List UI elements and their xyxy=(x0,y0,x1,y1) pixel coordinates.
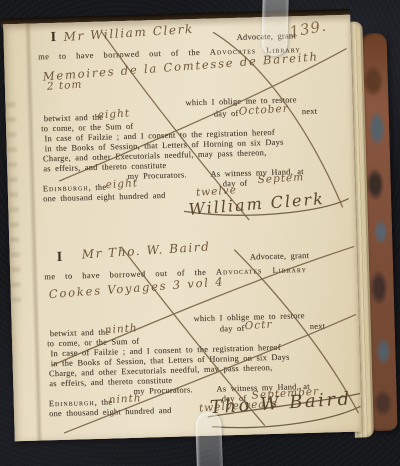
page-weight-strip-top xyxy=(261,0,289,56)
printed-betwixt: betwixt and the xyxy=(44,113,104,124)
printed-pronoun: I xyxy=(57,250,63,266)
signed-day-handwritten: eight xyxy=(105,177,138,191)
printed-library-name: Advocates Library xyxy=(216,265,307,277)
printed-day-of: day of xyxy=(220,324,245,334)
register-page: 139. I Mr William Clerk Advocate, grant … xyxy=(3,15,362,442)
printed-the: , the xyxy=(88,183,106,192)
return-month-handwritten: Octr xyxy=(244,319,272,333)
printed-betwixt: betwixt and the xyxy=(50,328,110,339)
borrower-name-handwritten: Mr William Clerk xyxy=(63,22,194,44)
printed-next: next xyxy=(302,107,318,116)
signed-month-handwritten: Septem xyxy=(257,171,304,186)
printed-next: next xyxy=(310,322,326,331)
printed-edinburgh: Edinburgh xyxy=(43,183,89,193)
printed-day-of: day of xyxy=(214,109,239,119)
return-month-handwritten: October xyxy=(238,103,289,118)
gutter-crease xyxy=(24,24,43,441)
printed-edinburgh-line: Edinburgh, the xyxy=(49,397,113,408)
page-weight-strip-bottom xyxy=(195,412,223,466)
book-volumes-handwritten: 2 tom xyxy=(47,79,83,93)
return-day-handwritten: eight xyxy=(97,107,130,121)
return-day-handwritten: ninth xyxy=(104,322,138,336)
ink-bleed-through xyxy=(6,102,21,302)
signed-day-handwritten: ninth xyxy=(108,392,142,406)
printed-edinburgh-line: Edinburgh, the xyxy=(43,183,107,194)
printed-advocate-grant: Advocate, grant xyxy=(250,251,309,262)
borrower-name-handwritten: Mr Tho. W. Baird xyxy=(81,239,211,261)
open-book: 139. I Mr William Clerk Advocate, grant … xyxy=(0,5,398,454)
printed-pronoun: I xyxy=(50,30,56,46)
photograph-of-library-register: 139. I Mr William Clerk Advocate, grant … xyxy=(0,0,400,466)
printed-procurators: my Procurators. xyxy=(133,385,192,396)
printed-edinburgh: Edinburgh xyxy=(49,398,95,408)
